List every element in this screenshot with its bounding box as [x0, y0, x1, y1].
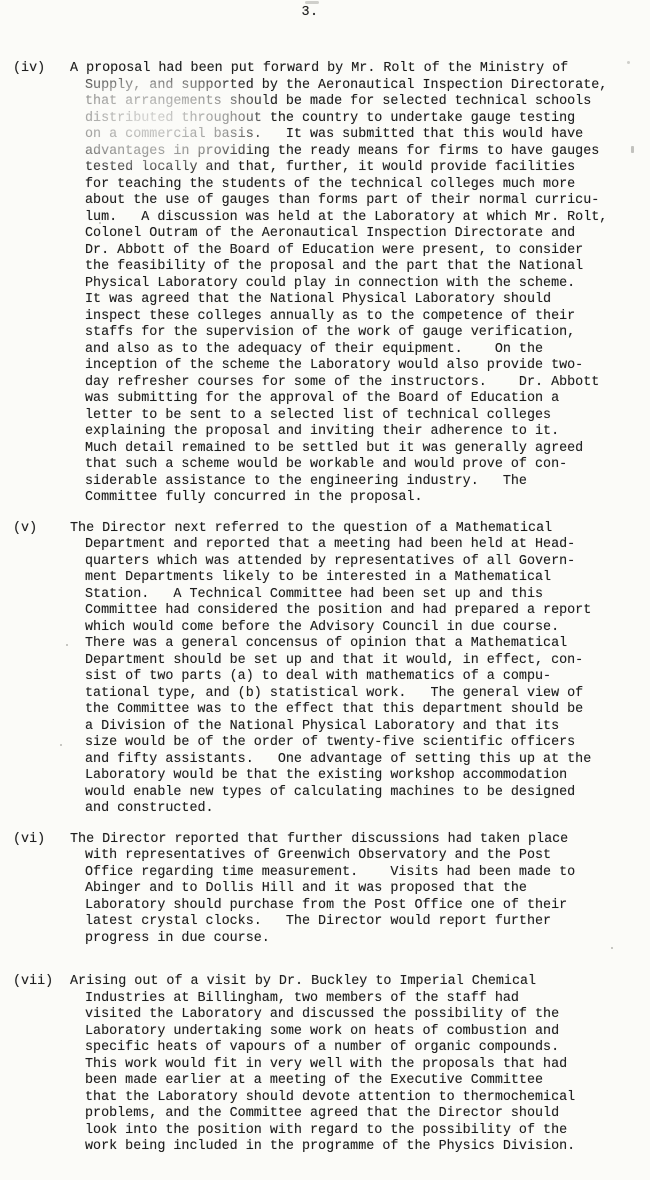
paragraph-line: Supply, and supported by the Aeronautica…: [85, 78, 640, 95]
paragraph-line: Abinger and to Dollis Hill and it was pr…: [85, 881, 640, 898]
paragraph-line: was submitting for the approval of the B…: [85, 391, 640, 408]
paragraph-line: Laboratory would be that the existing wo…: [85, 768, 640, 785]
paragraph-line: A proposal had been put forward by Mr. R…: [70, 61, 640, 78]
paragraph-line: about the use of gauges than forms part …: [85, 193, 640, 210]
paragraph-line: and fifty assistants. One advantage of s…: [85, 752, 640, 769]
paragraph-line: tational type, and (b) statistical work.…: [85, 686, 640, 703]
paragraph-line: ment Departments likely to be interested…: [85, 570, 640, 587]
paragraph-line: Committee had considered the position an…: [85, 603, 640, 620]
paragraph-line: siderable assistance to the engineering …: [85, 474, 640, 491]
paragraph-line: size would be of the order of twenty-fiv…: [85, 735, 640, 752]
paragraph-line: Office regarding time measurement. Visit…: [85, 865, 640, 882]
paragraph-line: inception of the scheme the Laboratory w…: [85, 358, 640, 375]
paragraph-line: letter to be sent to a selected list of …: [85, 408, 640, 425]
paragraph-line: work being included in the programme of …: [85, 1139, 640, 1156]
paragraph-line: look into the position with regard to th…: [85, 1123, 640, 1140]
paragraph-line: and also as to the adequacy of their equ…: [85, 342, 640, 359]
scan-speck: [305, 1, 319, 4]
paragraph-line: progress in due course.: [85, 931, 640, 948]
minutes-paragraph: (v)The Director next referred to the que…: [85, 521, 640, 818]
paragraph-line: It was agreed that the National Physical…: [85, 292, 640, 309]
paragraph-line: Station. A Technical Committee had been …: [85, 587, 640, 604]
paragraph-label: (v): [13, 521, 37, 538]
minutes-paragraph: (iv)A proposal had been put forward by M…: [85, 61, 640, 507]
paragraph-line: quarters which was attended by represent…: [85, 554, 640, 571]
paragraph-label: (iv): [13, 61, 45, 78]
paragraph-line: which would come before the Advisory Cou…: [85, 620, 640, 637]
paragraph-line: been made earlier at a meeting of the Ex…: [85, 1073, 640, 1090]
minutes-paragraph: (vii)Arising out of a visit by Dr. Buckl…: [85, 974, 640, 1156]
paragraph-line: latest crystal clocks. The Director woul…: [85, 914, 640, 931]
paragraph-line: The Director next referred to the questi…: [70, 521, 640, 538]
paragraph-line: sist of two parts (a) to deal with mathe…: [85, 669, 640, 686]
paragraph-line: the feasibility of the proposal and the …: [85, 259, 640, 276]
paragraph-line: specific heats of vapours of a number of…: [85, 1040, 640, 1057]
paragraph-line: explaining the proposal and inviting the…: [85, 424, 640, 441]
paragraph-line: staffs for the supervision of the work o…: [85, 325, 640, 342]
paragraph-line: Dr. Abbott of the Board of Education wer…: [85, 243, 640, 260]
paragraph-line: day refresher courses for some of the in…: [85, 375, 640, 392]
paragraph-line: distributed throughout the country to un…: [85, 111, 640, 128]
paragraph-line: for teaching the students of the technic…: [85, 177, 640, 194]
paragraph-label: (vi): [13, 832, 45, 849]
paragraph-line: tested locally and that, further, it wou…: [85, 160, 640, 177]
paragraph-line: The Director reported that further discu…: [70, 832, 640, 849]
paragraph-line: would enable new types of calculating ma…: [85, 785, 640, 802]
paragraph-label: (vii): [13, 974, 53, 991]
paragraph-line: Laboratory undertaking some work on heat…: [85, 1024, 640, 1041]
minutes-paragraph: (vi)The Director reported that further d…: [85, 832, 640, 948]
paragraph-line: This work would fit in very well with th…: [85, 1057, 640, 1074]
minutes-content: (iv)A proposal had been put forward by M…: [0, 61, 640, 1156]
paragraph-line: that the Laboratory should devote attent…: [85, 1090, 640, 1107]
paragraph-line: inspect these colleges annually as to th…: [85, 309, 640, 326]
paragraph-line: the Committee was to the effect that thi…: [85, 702, 640, 719]
paragraph-line: that arrangements should be made for sel…: [85, 94, 640, 111]
paragraph-line: Arising out of a visit by Dr. Buckley to…: [70, 974, 640, 991]
paragraph-line: Committee fully concurred in the proposa…: [85, 490, 640, 507]
paragraph-line: Department and reported that a meeting h…: [85, 537, 640, 554]
paragraph-line: Laboratory should purchase from the Post…: [85, 898, 640, 915]
paragraph-line: There was a general concensus of opinion…: [85, 636, 640, 653]
paragraph-line: Much detail remained to be settled but i…: [85, 441, 640, 458]
paragraph-line: visited the Laboratory and discussed the…: [85, 1007, 640, 1024]
paragraph-line: a Division of the National Physical Labo…: [85, 719, 640, 736]
paragraph-line: Industries at Billingham, two members of…: [85, 991, 640, 1008]
paragraph-line: on a commercial basis. It was submitted …: [85, 127, 640, 144]
document-page: 3. (iv)A proposal had been put forward b…: [0, 0, 650, 1180]
paragraph-line: problems, and the Committee agreed that …: [85, 1106, 640, 1123]
paragraph-line: advantages in providing the ready means …: [85, 144, 640, 161]
paragraph-line: with representatives of Greenwich Observ…: [85, 848, 640, 865]
page-number: 3.: [0, 5, 620, 22]
paragraph-line: that such a scheme would be workable and…: [85, 457, 640, 474]
paragraph-line: Physical Laboratory could play in connec…: [85, 276, 640, 293]
paragraph-line: Colonel Outram of the Aeronautical Inspe…: [85, 226, 640, 243]
paragraph-line: Department should be set up and that it …: [85, 653, 640, 670]
paragraph-line: and constructed.: [85, 801, 640, 818]
paragraph-line: lum. A discussion was held at the Labora…: [85, 210, 640, 227]
